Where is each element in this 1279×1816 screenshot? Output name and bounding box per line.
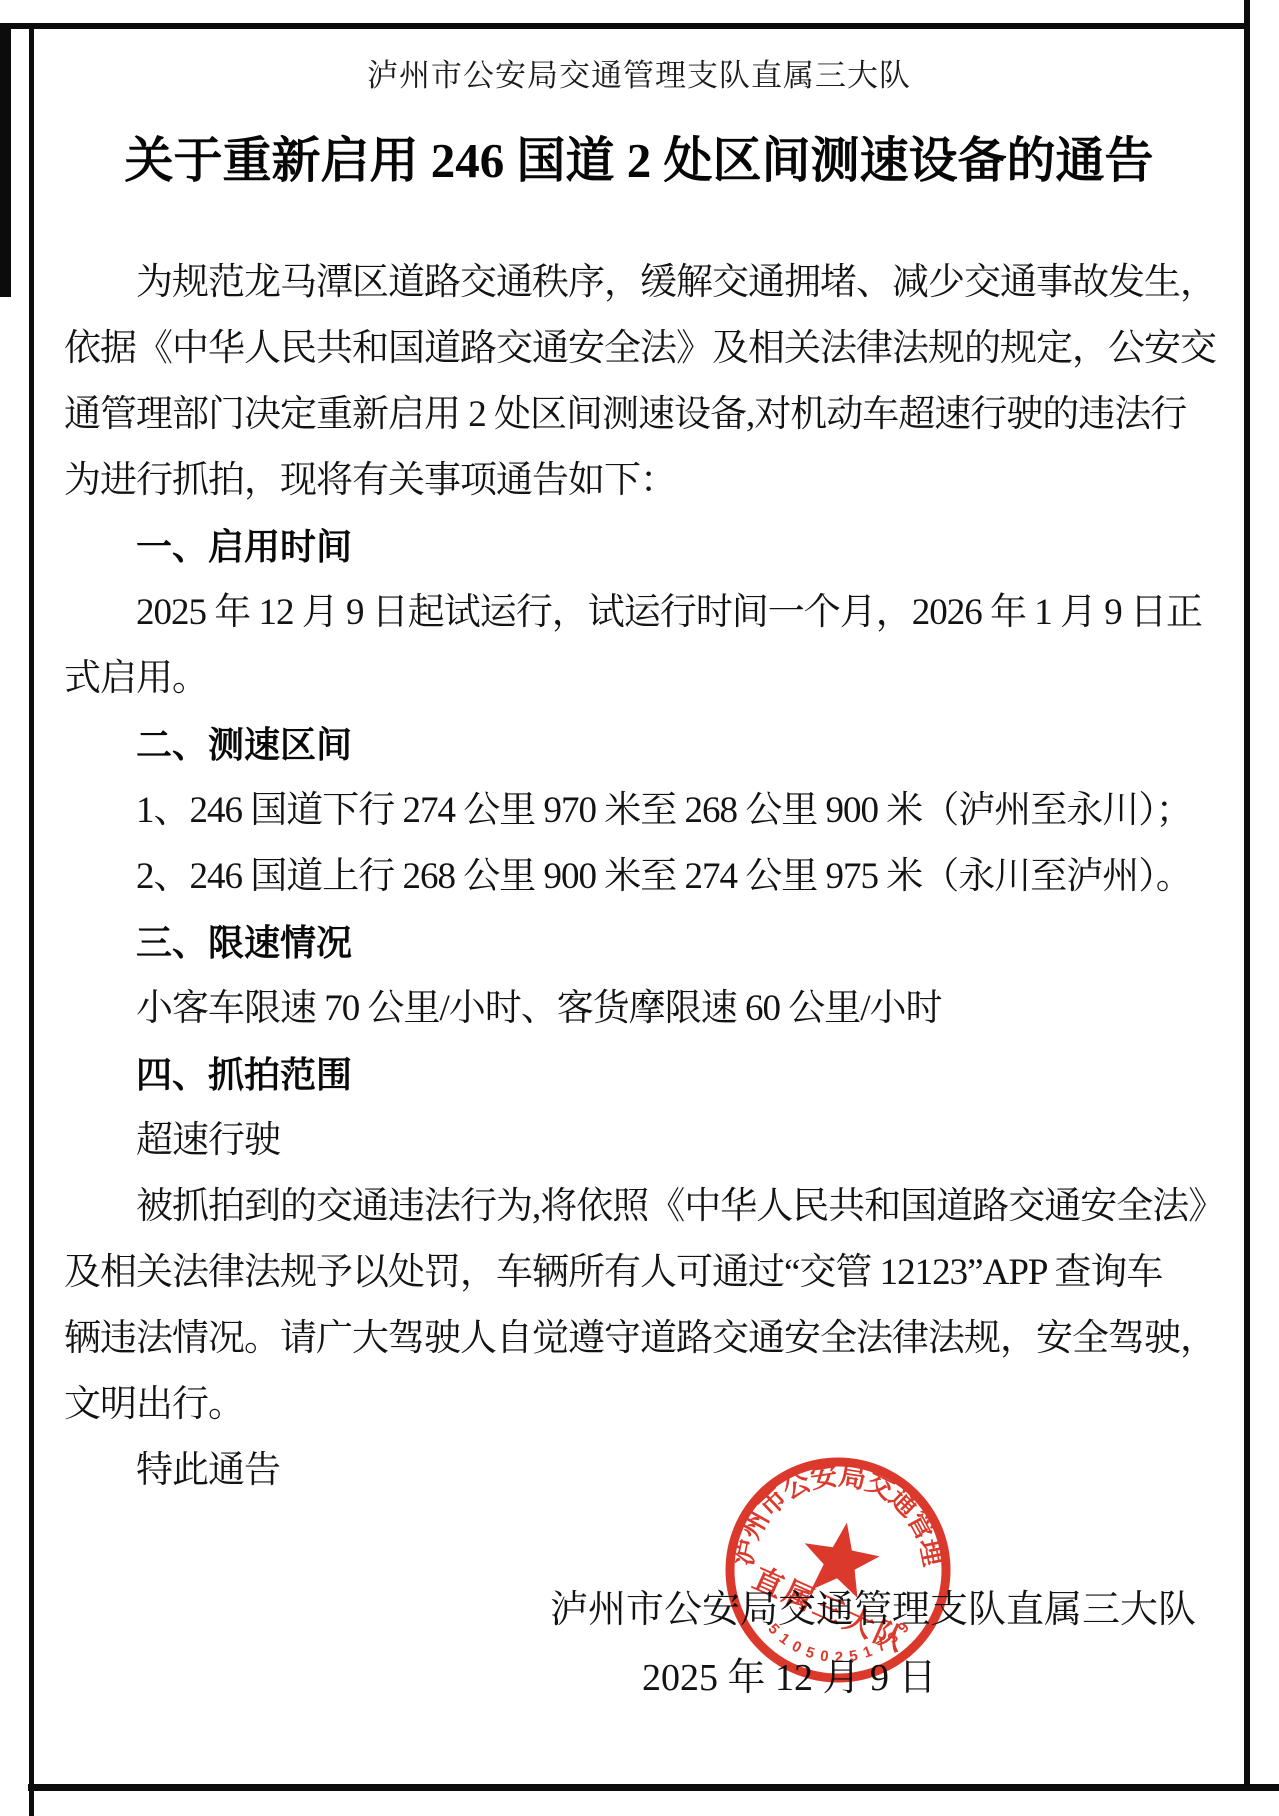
section-heading-1: 一、启用时间 — [64, 514, 1220, 580]
scan-border-left — [29, 23, 34, 1816]
scan-border-top — [0, 23, 1250, 29]
intro-line: 为规范龙马潭区道路交通秩序，缓解交通拥堵、减少交通事故发生， — [64, 250, 1220, 316]
scan-border-bottom — [28, 1784, 1279, 1791]
section-heading-3: 三、限速情况 — [64, 910, 1220, 976]
official-seal: 泸州市公安局交通管理 直属三大队 510502517395 — [718, 1450, 958, 1690]
issuer-header: 泸州市公安局交通管理支队直属三大队 — [34, 56, 1244, 96]
intro-line: 通管理部门决定重新启用 2 处区间测速设备,对机动车超速行驶的违法行 — [64, 382, 1220, 448]
doc-body: 为规范龙马潭区道路交通秩序，缓解交通拥堵、减少交通事故发生， 依据《中华人民共和… — [64, 250, 1220, 1504]
section-2-item: 2、246 国道上行 268 公里 900 米至 274 公里 975 米（永川… — [64, 844, 1220, 910]
section-4-line: 超速行驶 — [64, 1108, 1220, 1174]
document-page: 泸州市公安局交通管理支队直属三大队 关于重新启用 246 国道 2 处区间测速设… — [0, 0, 1279, 1816]
section-4-line: 文明出行。 — [64, 1372, 1220, 1438]
intro-line: 依据《中华人民共和国道路交通安全法》及相关法律法规的规定，公安交 — [64, 316, 1220, 382]
scan-corner-bar — [0, 25, 11, 297]
doc-title: 关于重新启用 246 国道 2 处区间测速设备的通告 — [34, 132, 1244, 190]
section-4-line: 被抓拍到的交通违法行为,将依照《中华人民共和国道路交通安全法》 — [64, 1174, 1220, 1240]
section-1-line: 2025 年 12 月 9 日起试运行，试运行时间一个月，2026 年 1 月 … — [64, 580, 1220, 646]
section-3-line: 小客车限速 70 公里/小时、客货摩限速 60 公里/小时 — [64, 976, 1220, 1042]
section-heading-2: 二、测速区间 — [64, 712, 1220, 778]
closing-line: 特此通告 — [64, 1438, 1220, 1504]
section-heading-4: 四、抓拍范围 — [64, 1042, 1220, 1108]
section-2-item: 1、246 国道下行 274 公里 970 米至 268 公里 900 米（泸州… — [64, 778, 1220, 844]
intro-line: 为进行抓拍，现将有关事项通告如下： — [64, 448, 1220, 514]
section-1-line: 式启用。 — [64, 646, 1220, 712]
section-4-line: 及相关法律法规予以处罚，车辆所有人可通过“交管 12123”APP 查询车 — [64, 1240, 1220, 1306]
scan-border-right — [1244, 0, 1250, 1787]
section-4-line: 辆违法情况。请广大驾驶人自觉遵守道路交通安全法律法规，安全驾驶， — [64, 1306, 1220, 1372]
